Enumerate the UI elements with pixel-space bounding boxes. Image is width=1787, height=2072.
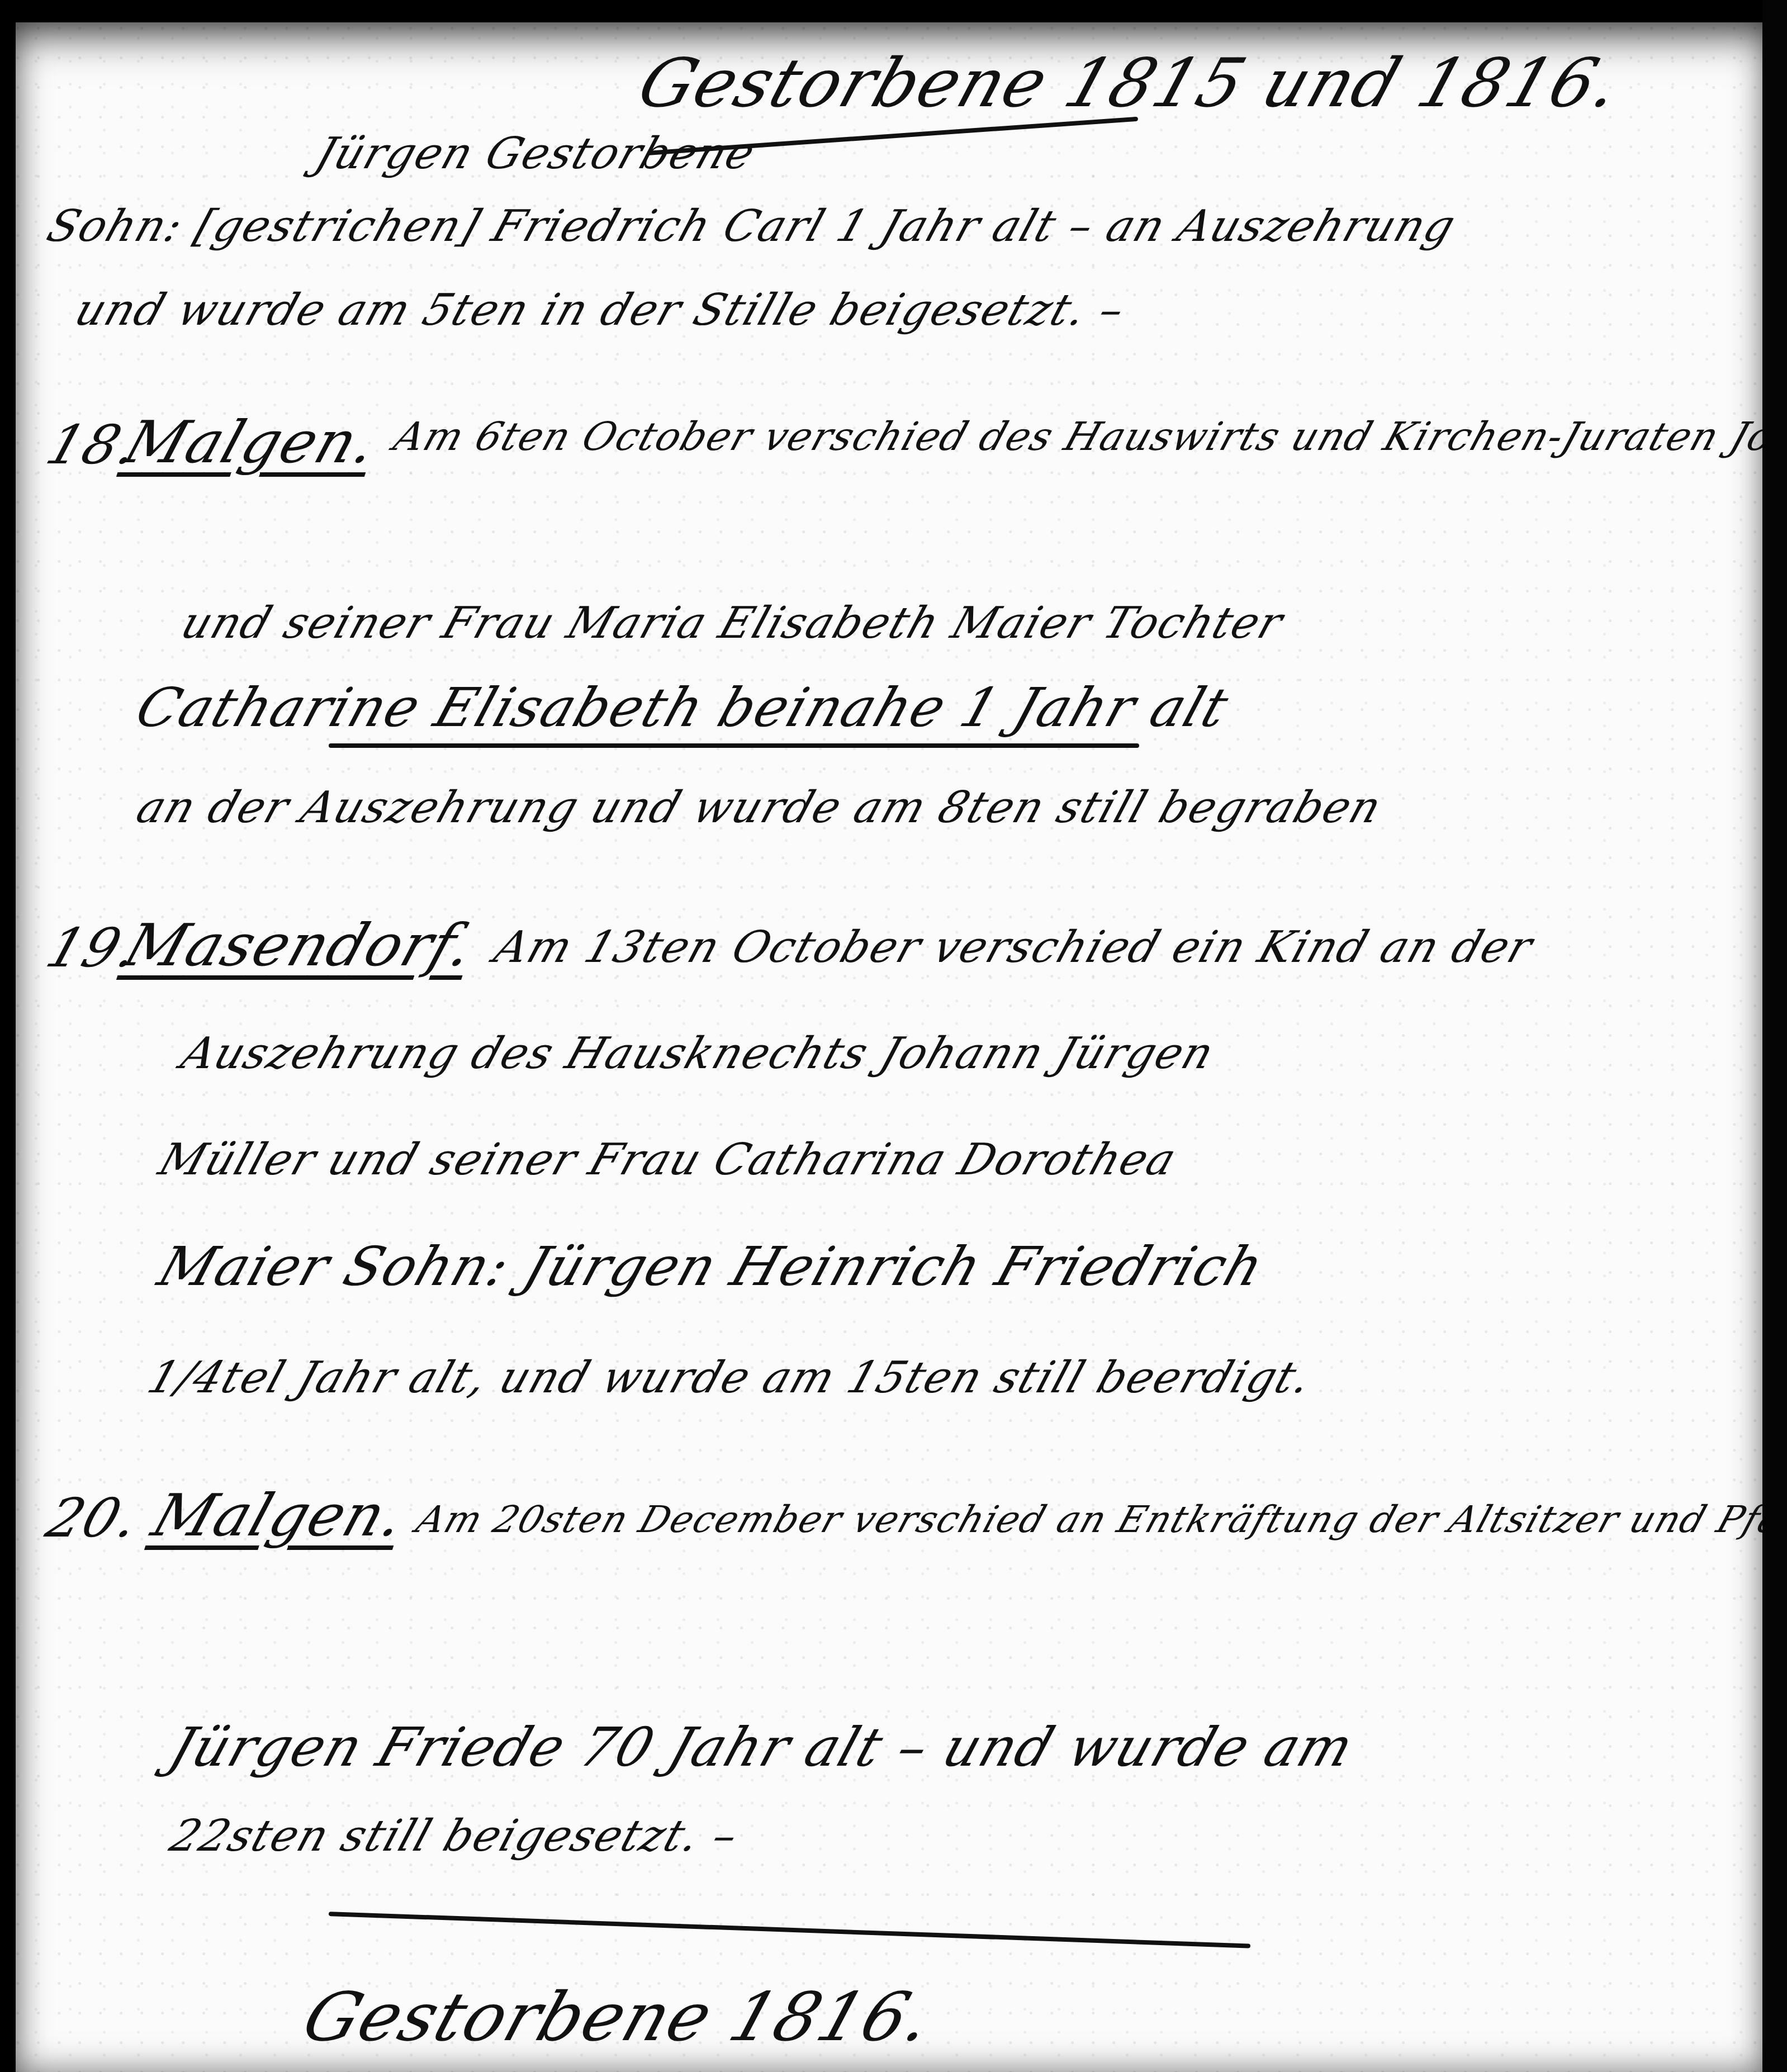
entry-line: und wurde am 5ten in der Stille beigeset… <box>69 285 1131 335</box>
entry-line: und seiner Frau Maria Elisabeth Maier To… <box>175 598 1290 648</box>
entry-place: Malgen. <box>144 1481 415 1549</box>
entry-line: an der Auszehrung und wurde am 8ten stil… <box>130 783 1388 833</box>
entry-number: 20. <box>39 1487 148 1549</box>
entry-line: Jürgen Friede 70 Jahr alt – und wurde am <box>162 1716 1362 1779</box>
entry-line: Auszehrung des Hausknechts Johann Jürgen <box>175 1028 1221 1079</box>
entry-line: Maier Sohn: Jürgen Heinrich Friedrich <box>151 1235 1272 1298</box>
entry-line: 22sten still beigesetzt. – <box>164 1811 745 1861</box>
register-page: Gestorbene 1815 und 1816. Jürgen Gestorb… <box>16 22 1765 2072</box>
name-underline <box>329 743 1139 748</box>
page-footer: Gestorbene 1816. <box>293 1979 942 2056</box>
entry-line: Am 6ten October verschied des Hauswirts … <box>388 414 1787 459</box>
page-header: Gestorbene 1815 und 1816. <box>629 45 1630 122</box>
entry-line: Am 13ten October verschied ein Kind an d… <box>488 922 1539 973</box>
entry-line: Müller und seiner Frau Catharina Dorothe… <box>153 1135 1183 1185</box>
entry-line: Jürgen Gestorbene <box>309 129 762 179</box>
entry-line: Catharine Elisabeth beinahe 1 Jahr alt <box>129 676 1237 739</box>
entry-line: Am 20sten December verschied an Entkräft… <box>411 1498 1787 1541</box>
section-divider <box>329 1912 1250 1948</box>
entry-place: Masendorf. <box>116 911 484 979</box>
entry-place: Malgen. <box>116 408 387 476</box>
entry-line: Sohn: [gestrichen] Friedrich Carl 1 Jahr… <box>41 201 1462 252</box>
entry-line: 1/4tel Jahr alt, und wurde am 15ten stil… <box>141 1353 1318 1403</box>
scan-right-edge <box>1762 0 1787 2072</box>
